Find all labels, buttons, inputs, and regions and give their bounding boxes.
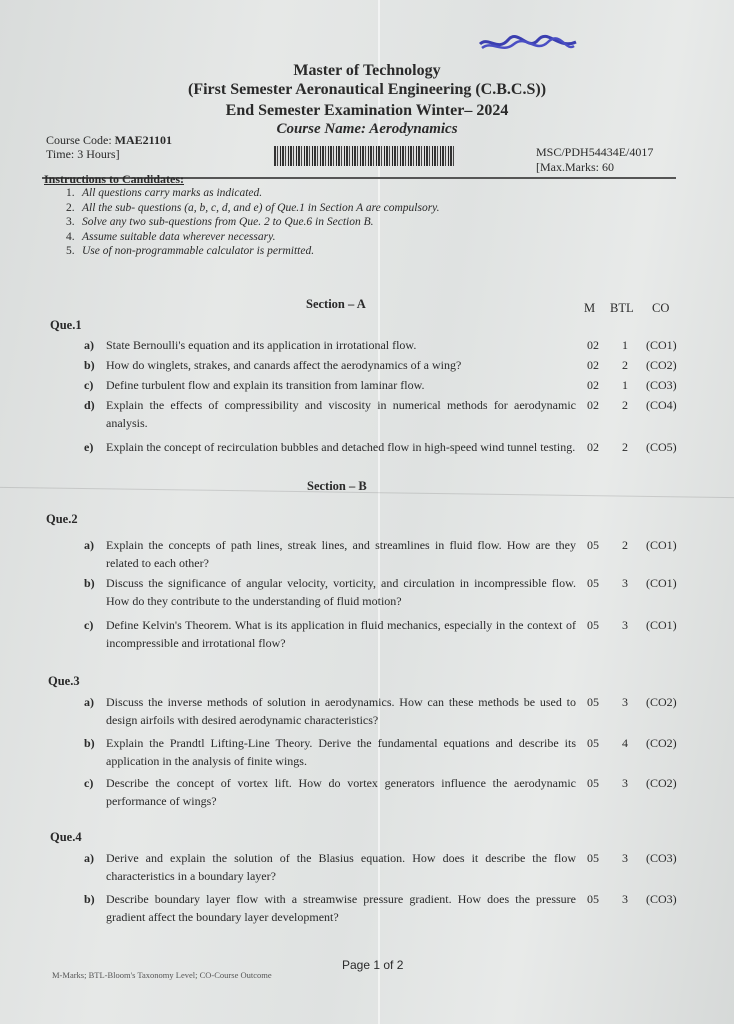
part-label: a) <box>84 849 94 867</box>
question-part: c)Define Kelvin's Theorem. What is its a… <box>84 616 724 652</box>
part-btl: 1 <box>622 336 628 354</box>
part-label: a) <box>84 336 94 354</box>
part-co: (CO1) <box>646 536 677 554</box>
part-marks: 05 <box>587 693 599 711</box>
course-code-label: Course Code: <box>46 133 115 147</box>
part-label: b) <box>84 734 95 752</box>
page-number: Page 1 of 2 <box>342 958 403 972</box>
part-co: (CO2) <box>646 734 677 752</box>
instruction-number: 5. <box>66 244 82 259</box>
question-part: a)Discuss the inverse methods of solutio… <box>84 693 724 729</box>
part-co: (CO3) <box>646 890 677 908</box>
question-part: c)Define turbulent flow and explain its … <box>84 376 724 394</box>
part-btl: 2 <box>622 536 628 554</box>
part-label: a) <box>84 536 94 554</box>
part-btl: 2 <box>622 438 628 456</box>
question-part: c)Describe the concept of vortex lift. H… <box>84 774 724 810</box>
question-label: Que.2 <box>46 512 78 527</box>
part-btl: 1 <box>622 376 628 394</box>
question-part: a)Derive and explain the solution of the… <box>84 849 724 885</box>
part-label: c) <box>84 376 93 394</box>
section-a-title: Section – A <box>306 297 366 312</box>
part-btl: 3 <box>622 616 628 634</box>
instruction-text: All questions carry marks as indicated. <box>82 187 262 199</box>
part-co: (CO2) <box>646 693 677 711</box>
part-text: Explain the concepts of path lines, stre… <box>106 536 576 572</box>
part-marks: 02 <box>587 336 599 354</box>
part-marks: 02 <box>587 376 599 394</box>
footer-legend: M-Marks; BTL-Bloom's Taxonomy Level; CO-… <box>52 970 272 980</box>
part-co: (CO1) <box>646 336 677 354</box>
part-marks: 05 <box>587 774 599 792</box>
question-part: b)Explain the Prandtl Lifting-Line Theor… <box>84 734 724 770</box>
column-btl: BTL <box>610 301 634 316</box>
part-text: Explain the Prandtl Lifting-Line Theory.… <box>106 734 576 770</box>
part-text: Explain the concept of recirculation bub… <box>106 438 576 456</box>
part-marks: 05 <box>587 616 599 634</box>
question-part: d)Explain the effects of compressibility… <box>84 396 724 432</box>
part-btl: 3 <box>622 849 628 867</box>
question-part: a)Explain the concepts of path lines, st… <box>84 536 724 572</box>
part-co: (CO3) <box>646 849 677 867</box>
instruction-number: 2. <box>66 201 82 216</box>
paper-code: MSC/PDH54434E/4017 <box>536 145 653 160</box>
part-btl: 3 <box>622 693 628 711</box>
part-co: (CO2) <box>646 774 677 792</box>
program-title: (First Semester Aeronautical Engineering… <box>0 81 734 99</box>
part-marks: 05 <box>587 734 599 752</box>
instruction-text: Assume suitable data wherever necessary. <box>82 231 275 243</box>
part-marks: 05 <box>587 574 599 592</box>
instruction-number: 4. <box>66 230 82 245</box>
part-label: e) <box>84 438 93 456</box>
part-btl: 3 <box>622 890 628 908</box>
question-part: a)State Bernoulli's equation and its app… <box>84 336 724 354</box>
part-text: Derive and explain the solution of the B… <box>106 849 576 885</box>
instruction-item: 5.Use of non-programmable calculator is … <box>66 244 440 259</box>
part-co: (CO1) <box>646 574 677 592</box>
question-label: Que.4 <box>50 830 82 845</box>
question-part: b)Describe boundary layer flow with a st… <box>84 890 724 926</box>
instruction-text: All the sub- questions (a, b, c, d, and … <box>82 202 440 214</box>
part-text: Explain the effects of compressibility a… <box>106 396 576 432</box>
part-label: d) <box>84 396 95 414</box>
part-co: (CO4) <box>646 396 677 414</box>
part-text: Define Kelvin's Theorem. What is its app… <box>106 616 576 652</box>
exam-title: End Semester Examination Winter– 2024 <box>0 102 734 120</box>
part-text: Describe boundary layer flow with a stre… <box>106 890 576 926</box>
part-btl: 4 <box>622 734 628 752</box>
question-part: b)How do winglets, strakes, and canards … <box>84 356 724 374</box>
instruction-number: 1. <box>66 186 82 201</box>
part-label: c) <box>84 774 93 792</box>
question-part: b)Discuss the significance of angular ve… <box>84 574 724 610</box>
section-b-title: Section – B <box>307 479 367 494</box>
max-marks: [Max.Marks: 60 <box>536 160 653 175</box>
question-label: Que.3 <box>48 674 80 689</box>
exam-time: Time: 3 Hours] <box>46 147 172 161</box>
part-btl: 3 <box>622 774 628 792</box>
instruction-item: 4.Assume suitable data wherever necessar… <box>66 230 440 245</box>
part-marks: 05 <box>587 890 599 908</box>
instruction-item: 3.Solve any two sub-questions from Que. … <box>66 215 440 230</box>
part-text: How do winglets, strakes, and canards af… <box>106 356 576 374</box>
part-co: (CO2) <box>646 356 677 374</box>
course-code: MAE21101 <box>115 133 172 147</box>
degree-title: Master of Technology <box>0 62 734 80</box>
part-label: b) <box>84 574 95 592</box>
ink-scribble <box>478 34 578 56</box>
instruction-item: 2.All the sub- questions (a, b, c, d, an… <box>66 201 440 216</box>
barcode <box>274 146 454 166</box>
part-label: b) <box>84 890 95 908</box>
part-label: b) <box>84 356 95 374</box>
part-marks: 05 <box>587 849 599 867</box>
part-btl: 2 <box>622 356 628 374</box>
column-marks: M <box>584 301 595 316</box>
question-part: e)Explain the concept of recirculation b… <box>84 438 724 474</box>
part-marks: 02 <box>587 438 599 456</box>
part-marks: 05 <box>587 536 599 554</box>
part-text: Describe the concept of vortex lift. How… <box>106 774 576 810</box>
part-co: (CO5) <box>646 438 677 456</box>
instruction-text: Solve any two sub-questions from Que. 2 … <box>82 216 374 228</box>
paper-fold-horizontal <box>0 487 734 498</box>
part-marks: 02 <box>587 356 599 374</box>
part-co: (CO1) <box>646 616 677 634</box>
question-label: Que.1 <box>50 318 82 333</box>
part-co: (CO3) <box>646 376 677 394</box>
part-text: Define turbulent flow and explain its tr… <box>106 376 576 394</box>
part-label: a) <box>84 693 94 711</box>
part-btl: 2 <box>622 396 628 414</box>
instruction-number: 3. <box>66 215 82 230</box>
paper-reference: MSC/PDH54434E/4017 [Max.Marks: 60 <box>536 145 653 175</box>
instructions-list: 1.All questions carry marks as indicated… <box>66 186 440 259</box>
instructions-title: Instructions to Candidates: <box>44 172 184 187</box>
column-co: CO <box>652 301 669 316</box>
instruction-item: 1.All questions carry marks as indicated… <box>66 186 440 201</box>
part-text: State Bernoulli's equation and its appli… <box>106 336 576 354</box>
part-label: c) <box>84 616 93 634</box>
course-info: Course Code: MAE21101 Time: 3 Hours] <box>46 133 172 161</box>
part-marks: 02 <box>587 396 599 414</box>
part-text: Discuss the significance of angular velo… <box>106 574 576 610</box>
instruction-text: Use of non-programmable calculator is pe… <box>82 245 314 257</box>
part-btl: 3 <box>622 574 628 592</box>
part-text: Discuss the inverse methods of solution … <box>106 693 576 729</box>
